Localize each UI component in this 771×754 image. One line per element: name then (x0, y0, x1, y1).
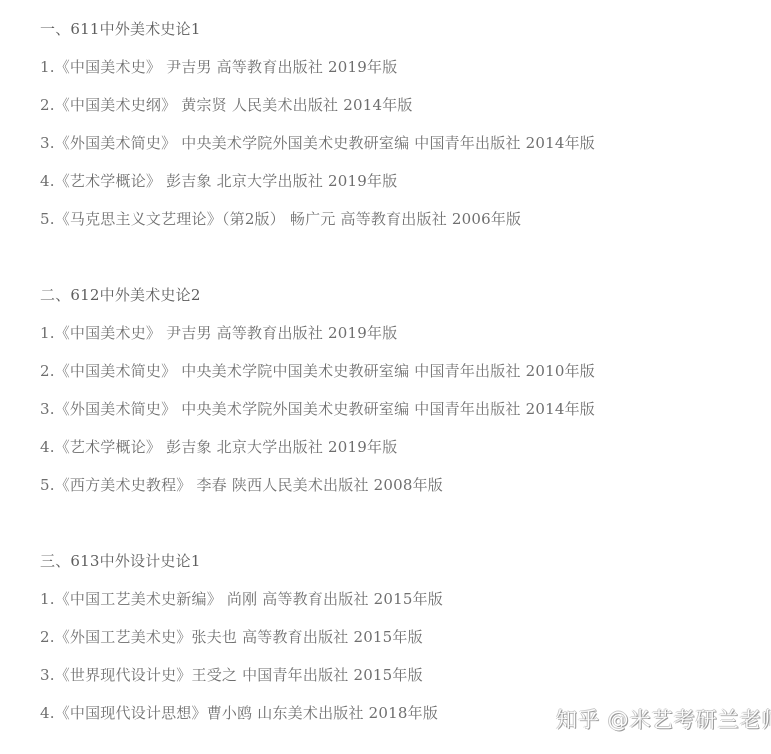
list-item: 3.《外国美术简史》 中央美术学院外国美术史教研室编 中国青年出版社 2014年… (40, 399, 595, 419)
list-item: 1.《中国工艺美术史新编》 尚刚 高等教育出版社 2015年版 (40, 589, 443, 609)
list-item: 2.《外国工艺美术史》张夫也 高等教育出版社 2015年版 (40, 627, 423, 647)
list-item: 2.《中国美术史纲》 黄宗贤 人民美术出版社 2014年版 (40, 95, 413, 115)
section-heading: 三、613中外设计史论1 (40, 551, 201, 571)
section-heading: 二、612中外美术史论2 (40, 285, 201, 305)
list-item: 1.《中国美术史》 尹吉男 高等教育出版社 2019年版 (40, 323, 397, 343)
list-item: 4.《中国现代设计思想》曹小鸥 山东美术出版社 2018年版 (40, 703, 438, 723)
section-heading: 一、611中外美术史论1 (40, 19, 201, 39)
list-item: 5.《马克思主义文艺理论》（第2版） 畅广元 高等教育出版社 2006年版 (40, 209, 521, 229)
list-item: 5.《西方美术史教程》 李春 陕西人民美术出版社 2008年版 (40, 475, 443, 495)
list-item: 4.《艺术学概论》 彭吉象 北京大学出版社 2019年版 (40, 437, 397, 457)
list-item: 1.《中国美术史》 尹吉男 高等教育出版社 2019年版 (40, 57, 397, 77)
watermark: 知乎 @米艺考研兰老师 (556, 706, 771, 734)
list-item: 3.《外国美术简史》 中央美术学院外国美术史教研室编 中国青年出版社 2014年… (40, 133, 595, 153)
list-item: 3.《世界现代设计史》王受之 中国青年出版社 2015年版 (40, 665, 423, 685)
list-item: 2.《中国美术简史》 中央美术学院中国美术史教研室编 中国青年出版社 2010年… (40, 361, 595, 381)
list-item: 4.《艺术学概论》 彭吉象 北京大学出版社 2019年版 (40, 171, 397, 191)
